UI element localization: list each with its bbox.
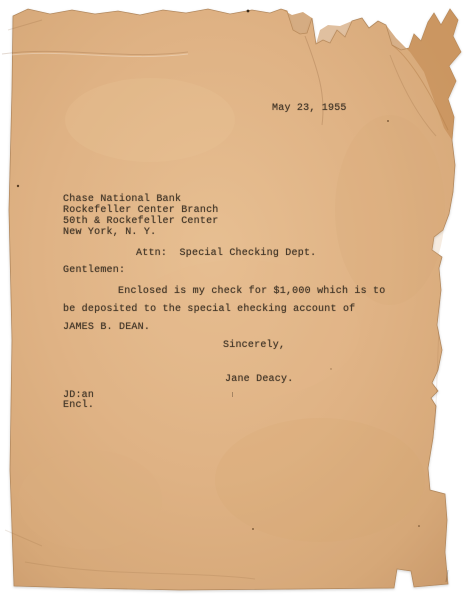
paper-speck (247, 10, 250, 13)
paper-blotch (215, 418, 425, 542)
recipient-city-line: New York, N. Y. (63, 227, 156, 238)
paper-speck (418, 525, 420, 527)
paper-blotch (65, 78, 235, 162)
paper-speck (330, 368, 331, 369)
date-line: May 23, 1955 (272, 103, 347, 114)
signature-line: Jane Deacy. (225, 374, 293, 385)
paper-sheet (0, 0, 464, 600)
paper-speck (17, 185, 19, 187)
body-line: be deposited to the special ehecking acc… (63, 304, 355, 315)
recipient-name-line: Chase National Bank (63, 194, 181, 205)
paper-speck (387, 120, 389, 122)
recipient-branch-line: Rockefeller Center Branch (63, 205, 219, 216)
scanned-letter: May 23, 1955 Chase National Bank Rockefe… (0, 0, 464, 600)
body-line: Enclosed is my check for $1,000 which is… (118, 286, 386, 297)
paper-blotch (335, 115, 445, 305)
paper-blotch (18, 450, 162, 550)
paper-speck (252, 528, 254, 530)
body-line-account-name: JAMES B. DEAN. (63, 322, 150, 333)
recipient-street-line: 50th & Rockefeller Center (63, 216, 219, 227)
enclosure-notation: Encl. (63, 400, 94, 411)
attention-line: Attn: Special Checking Dept. (136, 248, 316, 259)
paper-speck (232, 392, 233, 397)
closing-line: Sincerely, (223, 340, 285, 351)
salutation: Gentlemen: (63, 265, 125, 276)
